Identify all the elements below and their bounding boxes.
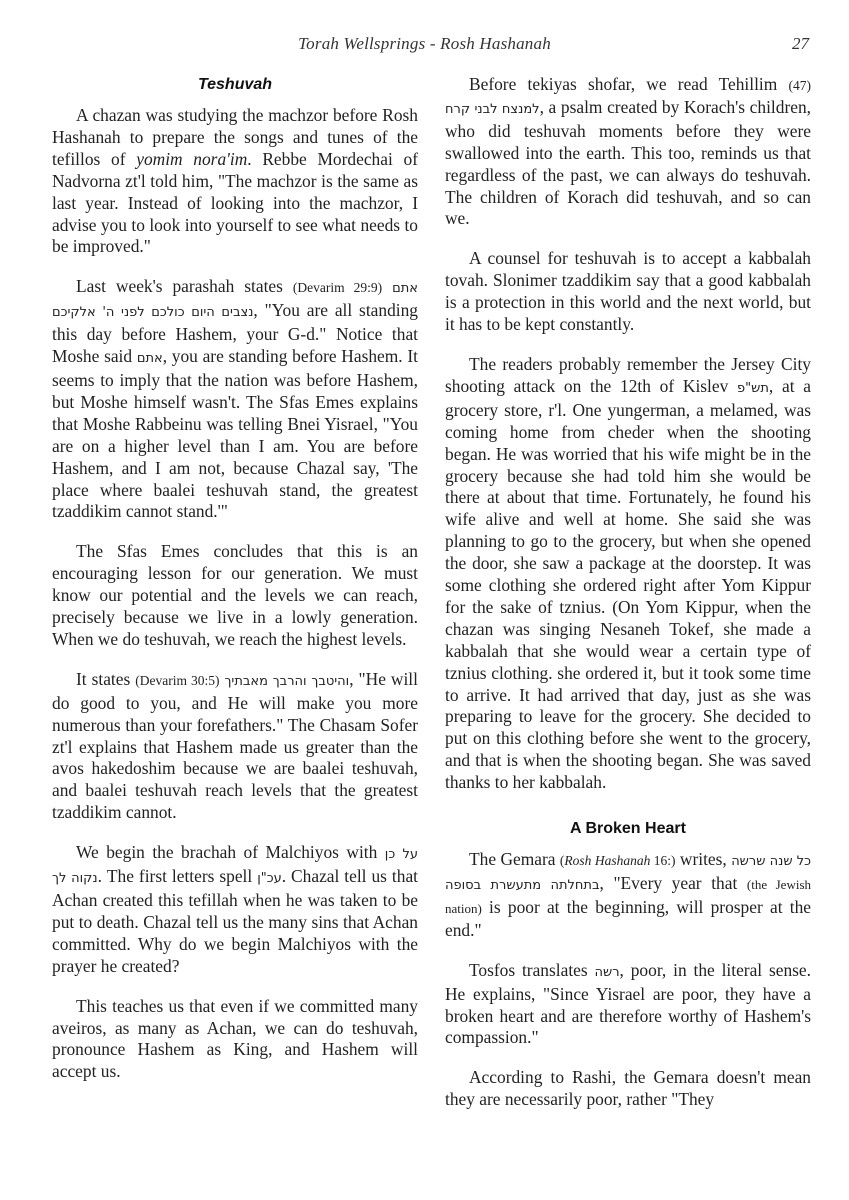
source-citation: Rosh Hashanah bbox=[564, 853, 650, 868]
text: is poor at the beginning, will prosper a… bbox=[445, 897, 811, 940]
text: , at a grocery store, r'l. One yungerman… bbox=[445, 376, 811, 792]
source-citation: 16:) bbox=[650, 853, 675, 868]
text: Before tekiyas shofar, we read Tehillim bbox=[469, 74, 789, 94]
running-title: Torah Wellsprings - Rosh Hashanah bbox=[0, 34, 849, 54]
paragraph: Before tekiyas shofar, we read Tehillim … bbox=[445, 74, 811, 230]
text: It states bbox=[76, 669, 135, 689]
hebrew-quote: למנצח לבני קרח bbox=[445, 102, 540, 117]
left-column: Teshuvah A chazan was studying the machz… bbox=[52, 74, 418, 1101]
text: , "He will do good to you, and He will m… bbox=[52, 669, 418, 822]
hebrew-word: עכ"ן bbox=[257, 871, 282, 886]
section-heading-broken-heart: A Broken Heart bbox=[445, 818, 811, 840]
hebrew-year: תש"פ bbox=[737, 381, 769, 396]
hebrew-quote: והיטבך והרבך מאבתיך bbox=[224, 674, 349, 689]
hebrew-word: אתם bbox=[137, 351, 163, 366]
paragraph: According to Rashi, the Gemara doesn't m… bbox=[445, 1067, 811, 1111]
source-citation: (47) bbox=[789, 78, 812, 93]
section-heading-teshuvah: Teshuvah bbox=[52, 74, 418, 96]
paragraph: Tosfos translates רשה, poor, in the lite… bbox=[445, 960, 811, 1050]
text: We begin the brachah of Malchiyos with bbox=[76, 842, 385, 862]
paragraph: The Gemara (Rosh Hashanah 16:) writes, כ… bbox=[445, 849, 811, 942]
right-column: Before tekiyas shofar, we read Tehillim … bbox=[445, 74, 811, 1129]
text: Last week's parashah states bbox=[76, 276, 293, 296]
italic-term: yomim nora'im bbox=[136, 149, 247, 169]
source-citation: (Devarim 29:9) bbox=[293, 280, 382, 295]
text: , you are standing before Hashem. It see… bbox=[52, 346, 418, 521]
page-header: Torah Wellsprings - Rosh Hashanah 27 bbox=[0, 34, 849, 56]
source-citation: (Devarim 30:5) bbox=[135, 673, 219, 688]
paragraph: A chazan was studying the machzor before… bbox=[52, 105, 418, 258]
paragraph: The readers probably remember the Jersey… bbox=[445, 354, 811, 794]
text: writes, bbox=[676, 849, 732, 869]
paragraph: The Sfas Emes concludes that this is an … bbox=[52, 541, 418, 651]
paragraph: A counsel for teshuvah is to accept a ka… bbox=[445, 248, 811, 336]
paragraph: We begin the brachah of Malchiyos with ע… bbox=[52, 842, 418, 977]
paragraph: Last week's parashah states (Devarim 29:… bbox=[52, 276, 418, 523]
paragraph: This teaches us that even if we committe… bbox=[52, 996, 418, 1084]
text: , "Every year that bbox=[599, 873, 746, 893]
text: The Gemara bbox=[469, 849, 560, 869]
text: . The first letters spell bbox=[98, 866, 258, 886]
page-number: 27 bbox=[792, 34, 809, 54]
paragraph: It states (Devarim 30:5) והיטבך והרבך מא… bbox=[52, 669, 418, 824]
text: Tosfos translates bbox=[469, 960, 595, 980]
hebrew-word: רשה bbox=[595, 965, 620, 980]
